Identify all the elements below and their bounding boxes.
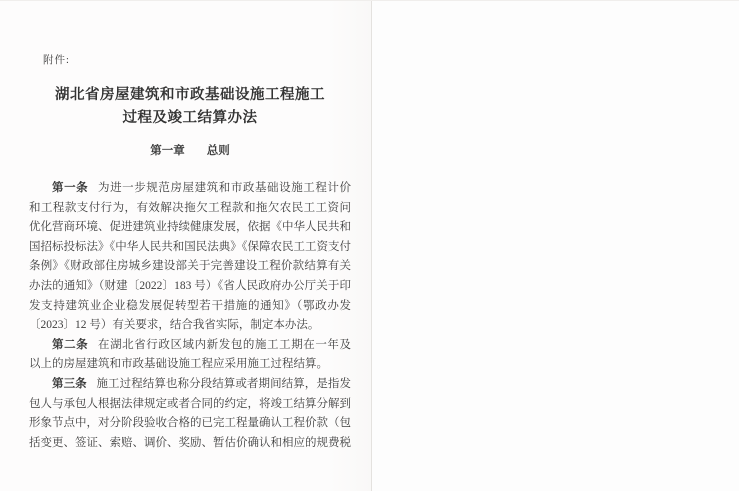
- chapter-number: 第一章: [150, 145, 185, 157]
- text-line: 包人与承包人根据法律规定或者合同的约定，将竣工结算分解到: [29, 395, 351, 415]
- right-page: 金等合同约定的价款调整）并支付的工程结算方式。第四条施工过程结算应符合国家法律、…: [372, 1, 739, 491]
- text-line: 形象节点中，对分阶段验收合格的已完工程量确认工程价款（包: [29, 414, 351, 434]
- text-line: 第三条施工过程结算也称分段结算或者期间结算，是指发: [29, 375, 351, 395]
- text-line: 〔2023〕12 号）有关要求，结合我省实际，制定本办法。: [29, 316, 351, 336]
- text-line: 条例》《财政部住房城乡建设部关于完善建设工程价款结算有关: [29, 257, 351, 277]
- text-line: 括变更、签证、索赔、调价、奖励、暂估价确认和相应的规费税: [29, 434, 351, 454]
- attachment-label: 附件:: [43, 52, 70, 67]
- article-number: 第二条: [52, 339, 88, 351]
- article-number: 第三条: [52, 378, 87, 390]
- article-number: 第一条: [52, 182, 88, 194]
- text-line: 发支持建筑业企业稳发展促转型若干措施的通知》（鄂政办发: [29, 297, 351, 317]
- text-line: 国招标投标法》《中华人民共和国民法典》《保障农民工工资支付: [29, 238, 351, 258]
- left-page: 附件: 湖北省房屋建筑和市政基础设施工程施工 过程及竣工结算办法 第一章总则 第…: [0, 1, 371, 491]
- text-line: 第一条为进一步规范房屋建筑和市政基础设施工程计价: [29, 179, 351, 199]
- text-line: 以上的房屋建筑和市政基础设施工程应采用施工过程结算。: [29, 355, 351, 375]
- document-title-line2: 过程及竣工结算办法: [27, 107, 353, 130]
- chapter-heading: 第一章总则: [27, 142, 353, 158]
- document-title-line1: 湖北省房屋建筑和市政基础设施工程施工: [27, 84, 353, 107]
- text-line: 优化营商环境、促进建筑业持续健康发展，依据《中华人民共和: [29, 218, 351, 238]
- chapter-title: 总则: [207, 145, 230, 157]
- text-line: 第二条在湖北省行政区域内新发包的施工工期在一年及: [29, 336, 351, 356]
- document-title: 湖北省房屋建筑和市政基础设施工程施工 过程及竣工结算办法: [27, 84, 353, 130]
- document-scan: 附件: 湖北省房屋建筑和市政基础设施工程施工 过程及竣工结算办法 第一章总则 第…: [0, 0, 739, 491]
- left-page-body: 第一条为进一步规范房屋建筑和市政基础设施工程计价和工程款支付行为，有效解决拖欠工…: [29, 179, 351, 453]
- text-line: 和工程款支付行为，有效解决拖欠工程款和拖欠农民工工资问题，: [29, 199, 351, 219]
- text-line: 办法的通知》（财建〔2022〕183 号）《省人民政府办公厅关于印: [29, 277, 351, 297]
